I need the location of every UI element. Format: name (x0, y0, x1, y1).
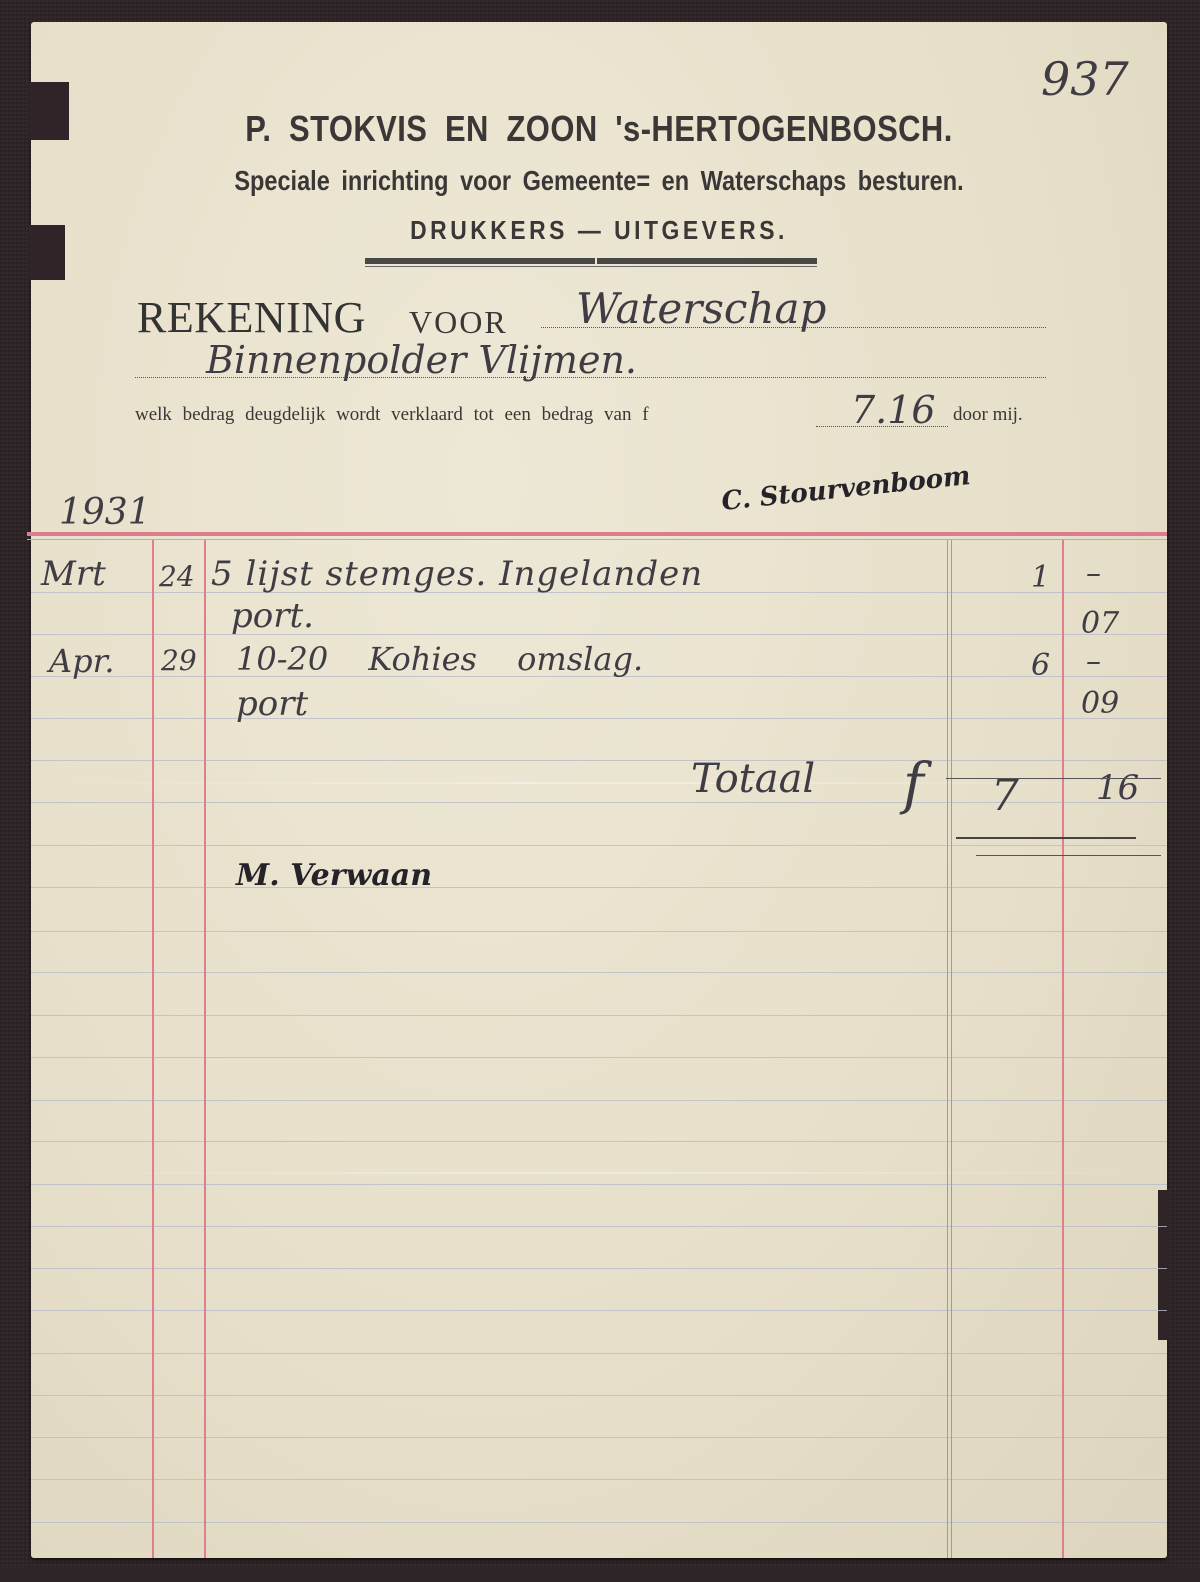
item-day: 29 (161, 644, 197, 677)
background-band (0, 1566, 1200, 1582)
item-description: 10-20 Kohies omslag. (236, 640, 643, 678)
torn-notch (29, 22, 35, 1558)
column-rule-cents (1062, 540, 1064, 1558)
ruled-line (31, 1141, 1167, 1142)
ruled-line (31, 760, 1167, 761)
ruled-line (31, 1522, 1167, 1523)
item-description: 5 lijst stemges. Ingelanden (211, 554, 703, 594)
declaration-amount: 7.16 (851, 388, 936, 432)
ruled-line (31, 1353, 1167, 1354)
rekening-label: REKENING (137, 292, 366, 343)
ruled-line (31, 1310, 1167, 1311)
item-month: Apr. (49, 642, 115, 680)
company-tagline: Speciale inrichting voor Gemeente= en Wa… (122, 165, 1076, 197)
recipient-line-2: Binnenpolder Vlijmen. (206, 338, 637, 382)
item-month: Mrt (41, 554, 106, 594)
ruled-line (31, 1479, 1167, 1480)
item-cents: 09 (1081, 686, 1119, 721)
ruled-line (31, 718, 1167, 719)
item-guilders: 1 (1031, 560, 1050, 595)
letterhead-rule (365, 258, 595, 264)
declaration-signature: C. Stourvenboom (720, 461, 972, 517)
total-label: Totaal (691, 756, 815, 802)
ruled-line (31, 845, 1167, 846)
ruled-line (31, 1100, 1167, 1101)
declaration-suffix: door mij. (953, 404, 1023, 426)
item-cents: – (1086, 556, 1101, 591)
torn-notch (29, 82, 69, 140)
total-currency: f (903, 752, 924, 817)
item-description: port (236, 684, 308, 724)
item-cents: – (1086, 644, 1101, 679)
column-rule-day (204, 540, 206, 1558)
letterhead-rule-thin (365, 266, 817, 267)
item-description: port. (231, 596, 314, 636)
invoice-year: 1931 (59, 492, 151, 533)
ruled-line (31, 1226, 1167, 1227)
column-rule-month (152, 540, 154, 1558)
column-rule-guilders-b (951, 540, 952, 1558)
bottom-signature: M. Verwaan (236, 858, 432, 893)
declaration-text: welk bedrag deugdelijk wordt verklaard t… (135, 404, 649, 426)
torn-edge (1158, 1190, 1170, 1340)
paper-fold (31, 1172, 1167, 1174)
table-header-rule (27, 532, 1167, 536)
ruled-line (31, 1395, 1167, 1396)
total-underline (956, 837, 1136, 839)
recipient-line-1: Waterschap (576, 284, 826, 333)
company-trade: DRUKKERS — UITGEVERS. (99, 215, 1099, 246)
letterhead-rule (597, 258, 817, 264)
total-underline-2 (976, 855, 1161, 856)
company-name: P. STOKVIS EN ZOON 's-HERTOGENBOSCH. (111, 108, 1088, 150)
ruled-line (31, 931, 1167, 932)
invoice-sheet: 937 P. STOKVIS EN ZOON 's-HERTOGENBOSCH.… (31, 22, 1167, 1558)
ruled-line (31, 1057, 1167, 1058)
ruled-line (31, 1184, 1167, 1185)
archive-number: 937 (1041, 52, 1129, 106)
item-guilders: 6 (1031, 648, 1050, 683)
ruled-line (31, 1268, 1167, 1269)
ruled-line (31, 972, 1167, 973)
total-overline (946, 778, 1161, 779)
ruled-line (31, 634, 1167, 635)
total-cents: 16 (1096, 768, 1139, 808)
ruled-line (31, 887, 1167, 888)
item-day: 24 (159, 560, 195, 593)
column-rule-guilders-a (947, 540, 948, 1558)
voor-label: VOOR (409, 304, 508, 341)
ruled-line (31, 1437, 1167, 1438)
item-cents: 07 (1081, 606, 1119, 641)
table-header-rule-thin (27, 539, 1167, 540)
ruled-line (31, 1015, 1167, 1016)
